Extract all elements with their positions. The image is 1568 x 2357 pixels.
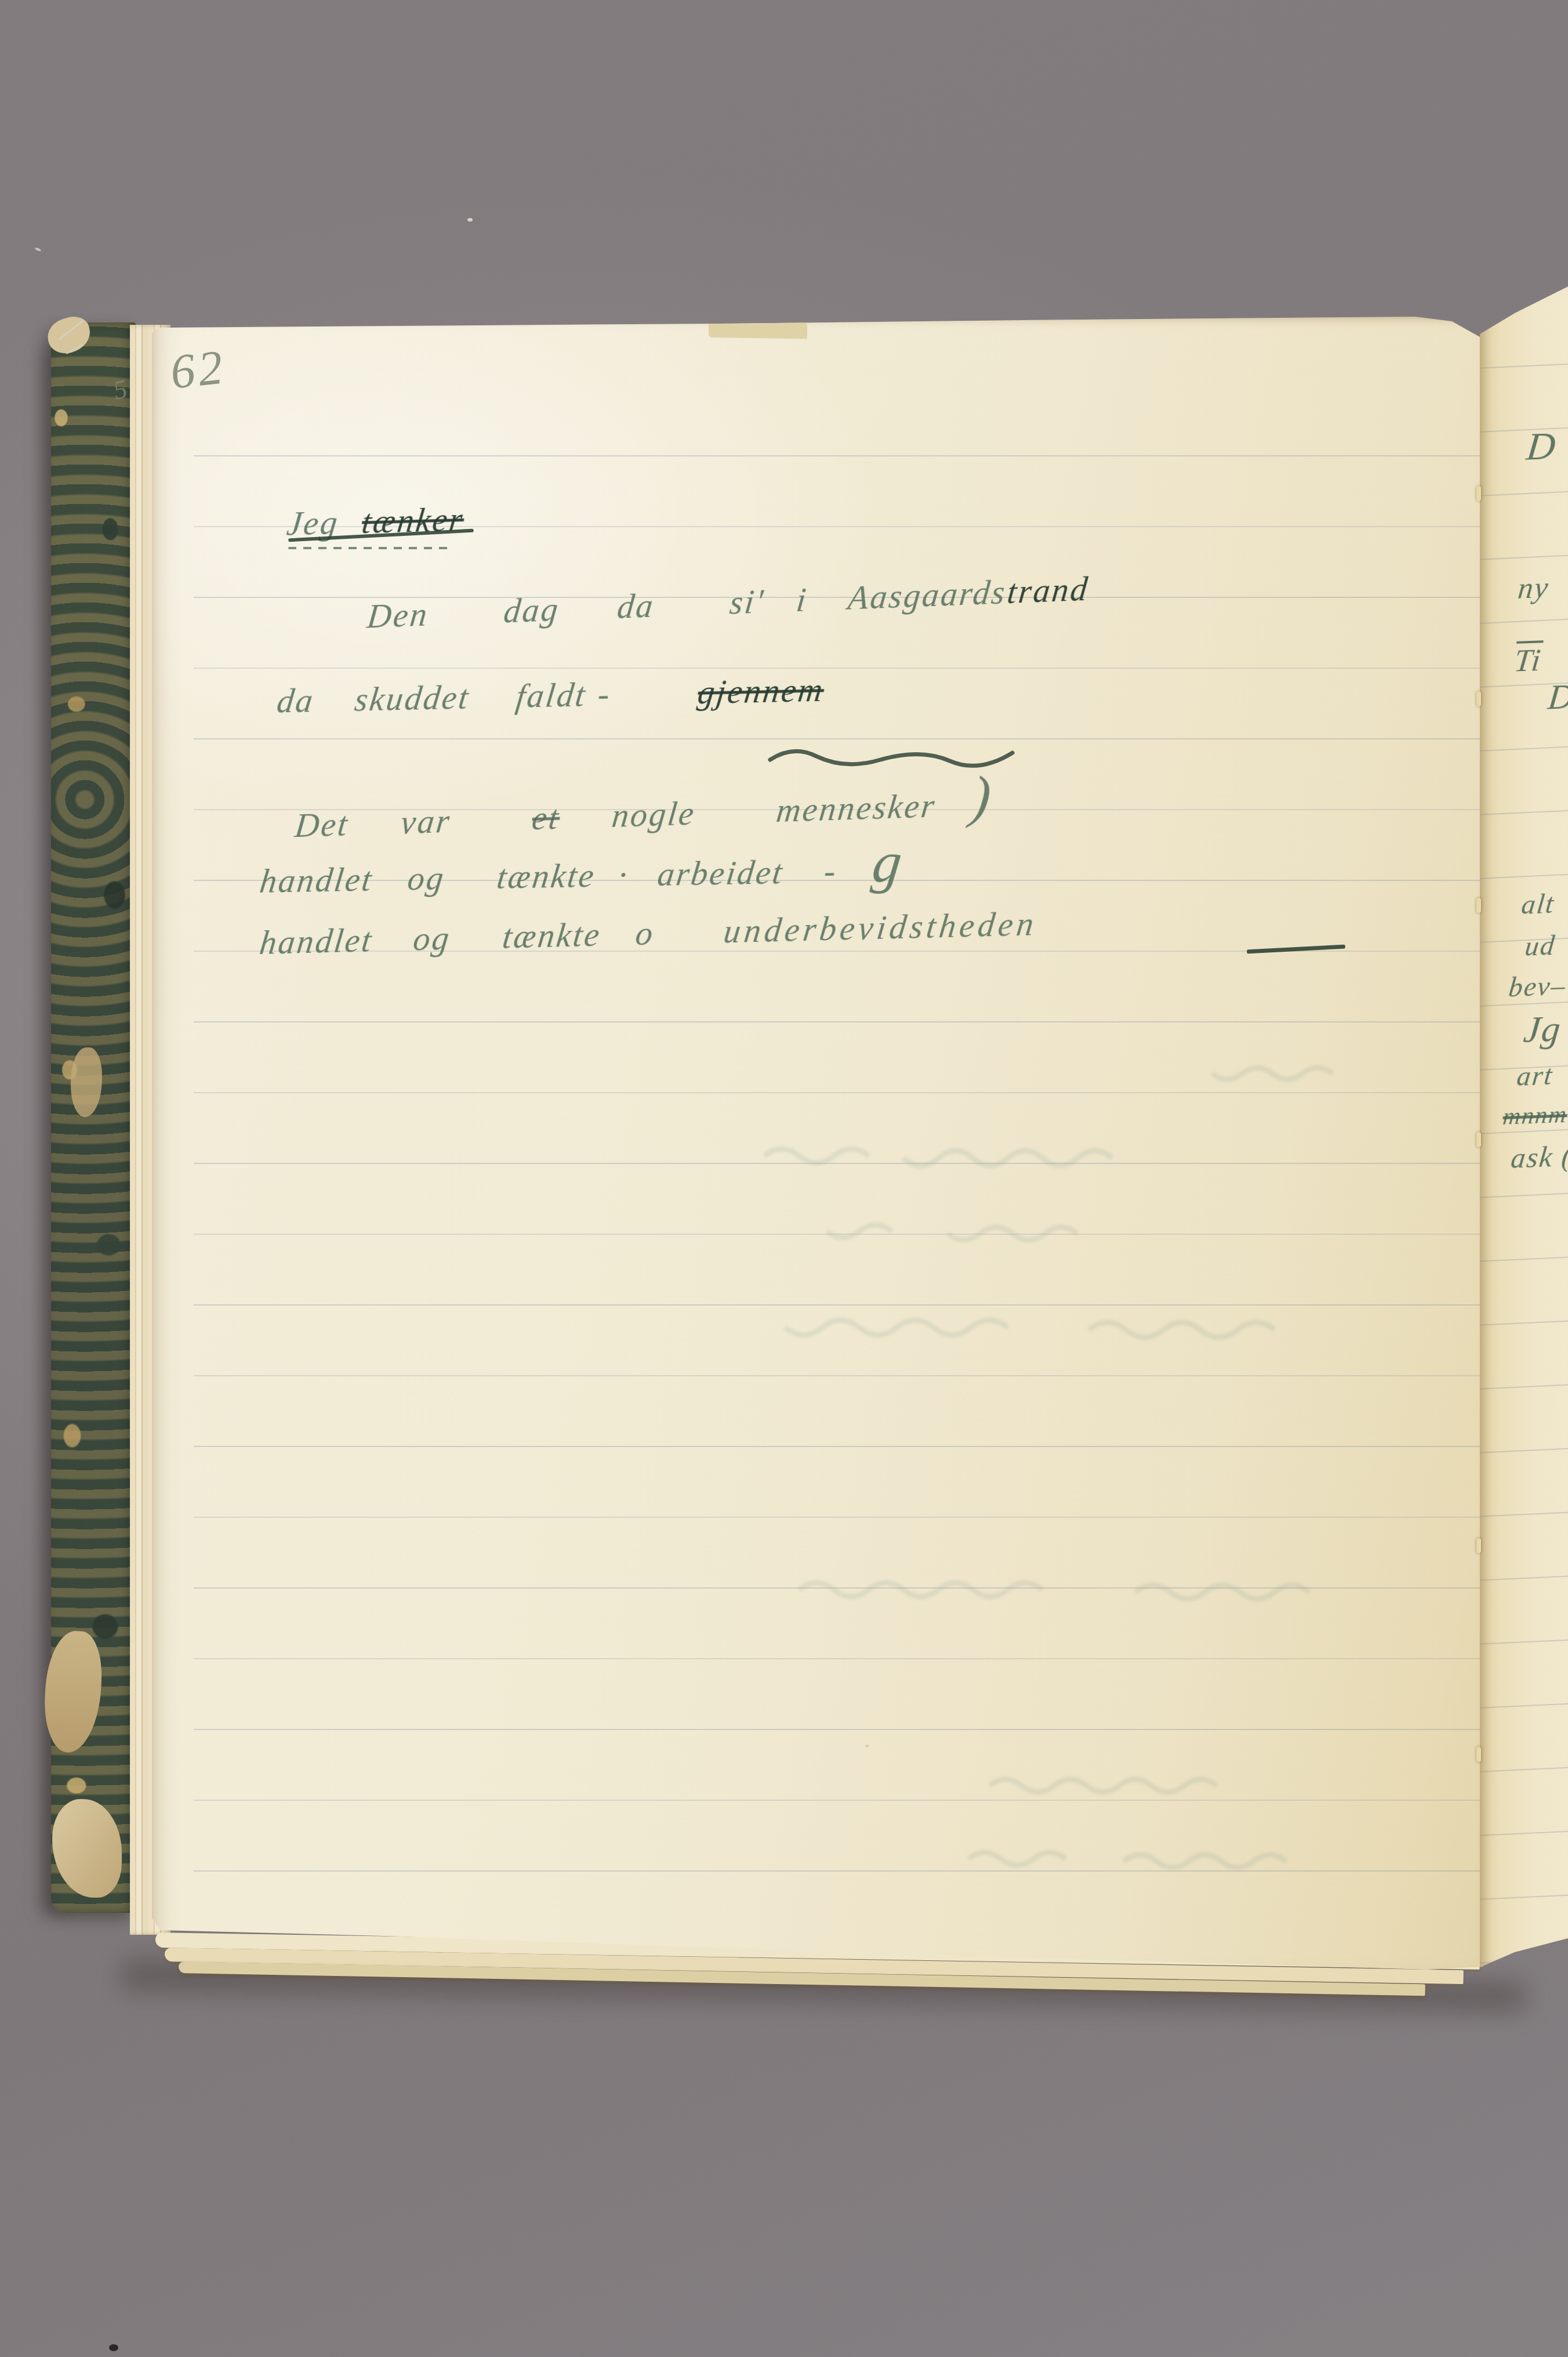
rule-line [194,455,1483,456]
rule-line [194,1800,1483,1801]
rule-line [194,1658,1483,1659]
handwriting-word: - [596,675,613,714]
handwriting-word: mennesker [775,786,938,830]
rule-line [194,1517,1483,1518]
handwriting-line: handletogtænkteounderbevidstheden [257,904,1039,962]
handwriting-fragment: D [1525,423,1559,470]
rule-line [194,1870,1483,1872]
handwriting-word: arbeidet [655,853,786,894]
notebook-photo: 5 62 JegtænkerDendagdasi'iAasgaardstrand… [0,0,1568,2357]
handwriting-word: da [275,680,317,720]
handwriting-word: trand [1006,569,1091,611]
handwriting-word: var [399,801,453,842]
rule-line [1480,1830,1568,1837]
handwriting-word: dag [502,589,562,630]
rule-line [1480,554,1568,561]
handwriting-word: handlet [257,920,375,962]
rule-line [194,1446,1483,1447]
handwriting-line: daskuddetfaldt-gjennem [275,670,826,720]
rule-line [1480,1383,1568,1391]
handwriting-fragment: mnnm [1501,1101,1568,1131]
rule-line [194,1375,1483,1376]
handwriting-fragment: art [1515,1060,1555,1093]
handwriting-fragment: alt [1520,888,1556,921]
rule-line [194,1234,1483,1235]
handwriting-line: handletogtænkte·arbeidet-g [257,829,908,906]
spine-wear-patch [71,1047,102,1117]
rule-line [1480,490,1568,498]
rule-line [1480,1256,1568,1263]
rule-line [1480,1957,1568,1965]
rule-line [1480,1766,1568,1774]
dust-speck [109,2344,118,2351]
handwriting-fragment: Jg [1522,1007,1563,1051]
rule-line [194,1587,1483,1589]
rule-line [194,1021,1483,1022]
handwriting-word: faldt [514,675,589,716]
binding-stitch [1476,898,1481,913]
bleed-through-text [152,316,1483,1972]
binding-stitch [1476,1747,1481,1762]
handwriting-word: skuddet [353,677,472,719]
handwriting-word: gjennem [696,670,826,712]
handwriting-fragment: Ti [1513,642,1544,679]
notebook-page: 62 JegtænkerDendagdasi'iAasgaardstrandda… [152,316,1483,1972]
handwriting-fragment: ask ( [1509,1139,1568,1175]
handwriting-word: et [530,797,562,837]
binding-stitch [1476,1132,1481,1147]
handwriting-word: Den [365,594,430,636]
binding-stitch [1476,486,1481,501]
rule-line [194,1092,1483,1093]
handwriting-line: Dendagdasi'iAasgaardstrand [365,569,1091,636]
marbled-spine [51,322,136,1913]
handwriting-word: - [822,851,840,891]
rule-line [194,1163,1483,1164]
rule-line [1480,873,1568,880]
rule-line [194,1304,1483,1306]
dust-speck [35,247,42,252]
rule-line [1480,1575,1568,1582]
handwriting-word: nogle [610,793,698,835]
rule-line [194,738,1483,739]
rule-line [194,668,1483,669]
handwriting-word: g [869,829,907,895]
rule-line [194,1729,1483,1730]
handwriting-fragment: D [1546,677,1568,718]
page-number: 62 [168,339,229,401]
spine-wear-patch [52,1799,122,1898]
rule-line [1480,1447,1568,1455]
rule-line [1480,362,1568,370]
handwriting-word: handlet [257,860,375,901]
rule-line [1480,618,1568,625]
rule-line [1480,1192,1568,1199]
strike-line-dotted [288,547,451,549]
dust-speck [865,1745,869,1747]
rule-line [1480,1702,1568,1710]
strike-flourish [767,742,1016,777]
handwriting-word: o [634,913,657,953]
handwriting-word: og [411,918,453,958]
rule-line [1480,1511,1568,1518]
strike-line-tail [1247,945,1345,954]
tape-repair [709,320,807,339]
handwriting-word: da [615,586,656,626]
handwriting-fragment: ud [1523,930,1557,963]
spine-wear-patch [42,1630,104,1754]
facing-page-edge: DnyTiDaltudbev–Jgartmnnmask ( [1480,278,1568,1967]
handwriting-word: · [616,855,631,894]
binding-stitch [1476,691,1481,706]
rule-line [1480,1894,1568,1901]
handwriting-word: underbevidstheden [721,904,1039,951]
handwriting-word: i [794,580,810,619]
binding-stitch [1476,1538,1481,1553]
rule-line [1480,809,1568,817]
handwriting-fragment: bev– [1507,970,1568,1003]
handwriting-word: si' [728,581,767,622]
rule-line [1480,745,1568,753]
handwriting-word: tænkte [495,856,598,897]
handwriting-word: Aasgaards [846,572,1008,617]
handwriting-word: og [405,858,447,898]
handwriting-word: tænkte [500,915,603,956]
handwriting-fragment: ny [1516,571,1551,606]
rule-line [1480,1638,1568,1646]
rule-line [1480,1319,1568,1327]
dust-speck [467,218,473,222]
